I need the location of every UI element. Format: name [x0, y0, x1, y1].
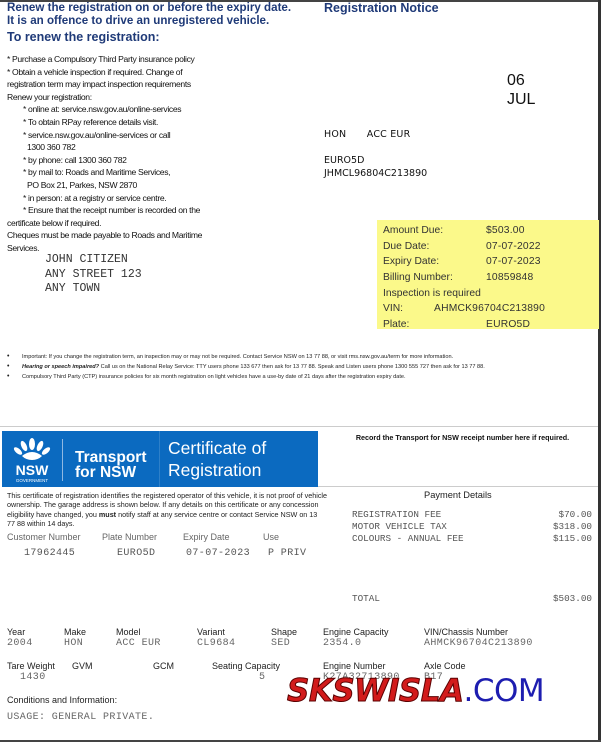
certificate-title-line1: Certificate of: [168, 437, 266, 459]
make-label: Make: [64, 627, 86, 637]
vehicle-vin: JHMCL96804C213890: [324, 168, 427, 181]
payment-summary-box: Amount Due: $503.00 Due Date: 07-07-2022…: [377, 220, 599, 329]
amount-due-row: Amount Due: $503.00: [383, 223, 599, 239]
plate-label: Plate:: [383, 317, 409, 333]
engine-capacity-label: Engine Capacity: [323, 627, 389, 637]
banner-divider: [62, 439, 63, 481]
use-value: P PRIV: [268, 548, 306, 559]
instruction-line: * Ensure that the receipt number is reco…: [7, 204, 227, 217]
customer-number-label: Customer Number: [7, 532, 81, 542]
payment-item-label: REGISTRATION FEE: [352, 509, 441, 520]
receipt-note: Record the Transport for NSW receipt num…: [330, 433, 595, 442]
mailing-address: JOHN CITIZENANY STREET 123ANY TOWN: [45, 253, 142, 297]
intro-text-bold: must: [99, 510, 116, 519]
footnote-text: Compulsory Third Party (CTP) insurance p…: [22, 374, 406, 380]
svg-text:NSW: NSW: [16, 462, 49, 478]
year-value: 2004: [7, 638, 33, 649]
certificate-title-line2: Registration: [168, 459, 266, 481]
instruction-line: * by phone: call 1300 360 782: [7, 154, 227, 167]
renew-warning-line2: It is an offence to drive an unregistere…: [7, 14, 307, 27]
instruction-line: Renew your registration:: [7, 91, 227, 104]
due-date-label: Due Date:: [383, 239, 429, 255]
tare-weight-label: Tare Weight: [7, 661, 55, 671]
watermark: SKSWISLA.COM: [287, 673, 544, 709]
instruction-line: * online at: service.nsw.gov.au/online-s…: [7, 103, 227, 116]
variant-label: Variant: [197, 627, 225, 637]
seating-capacity-label: Seating Capacity: [212, 661, 280, 671]
variant-value: CL9684: [197, 638, 235, 649]
payment-separator: [318, 486, 598, 487]
payment-row: MOTOR VEHICLE TAX $318.00: [352, 521, 592, 532]
due-date-row: Due Date: 07-07-2022: [383, 239, 599, 255]
vin-row: VIN: AHMCK96704C213890: [383, 301, 599, 317]
footnotes: Important: If you change the registratio…: [7, 352, 597, 382]
instruction-line: * in person: at a registry or service ce…: [7, 192, 227, 205]
payment-details-title: Payment Details: [424, 490, 492, 500]
plate-row: Plate: EURO5D: [383, 317, 599, 333]
date-month: JUL: [507, 91, 535, 109]
payment-item-amount: $115.00: [553, 533, 592, 544]
payment-total-label: TOTAL: [352, 593, 380, 604]
plate-number-label: Plate Number: [102, 532, 157, 542]
instruction-line: * Purchase a Compulsory Third Party insu…: [7, 53, 227, 66]
renewal-instructions: * Purchase a Compulsory Third Party insu…: [7, 53, 227, 255]
conditions-label: Conditions and Information:: [7, 695, 117, 705]
vin-label: VIN:: [383, 301, 403, 317]
billing-number-value: 10859848: [486, 270, 533, 286]
plate-number-value: EURO5D: [117, 548, 155, 559]
instruction-line: * To obtain RPay reference details visit…: [7, 116, 227, 129]
instruction-line: Cheques must be made payable to Roads an…: [7, 229, 227, 242]
amount-due-label: Amount Due:: [383, 223, 443, 239]
footnote-bold: Hearing or speech impaired?: [22, 364, 99, 370]
watermark-part2: .COM: [463, 673, 544, 709]
watermark-part1: SKSWISLA: [287, 673, 463, 709]
model-label: Model: [116, 627, 141, 637]
vehicle-make-model: HON ACC EUR: [324, 129, 410, 140]
payment-total-row: TOTAL $503.00: [352, 593, 592, 604]
footnote-item: Hearing or speech impaired? Call us on t…: [7, 362, 597, 372]
payment-item-amount: $318.00: [553, 521, 592, 532]
svg-text:GOVERNMENT: GOVERNMENT: [16, 478, 49, 483]
address-line: JOHN CITIZEN: [45, 253, 142, 268]
make-value: HON: [64, 638, 83, 649]
inspection-note: Inspection is required: [383, 286, 481, 302]
instruction-line: certificate below if required.: [7, 217, 227, 230]
instruction-line: registration term may impact inspection …: [7, 78, 227, 91]
vehicle-model: ACC EUR: [367, 129, 411, 140]
renew-heading: To renew the registration:: [7, 30, 160, 44]
payment-item-label: MOTOR VEHICLE TAX: [352, 521, 447, 532]
payment-item-amount: $70.00: [559, 509, 592, 520]
banner-separator: [159, 431, 160, 487]
notice-title: Registration Notice: [324, 1, 439, 15]
vin-value: AHMCK96704C213890: [434, 301, 545, 317]
certificate-intro: This certificate of registration identif…: [7, 491, 327, 528]
agency-line2: for NSW: [75, 465, 146, 480]
model-value: ACC EUR: [116, 638, 161, 649]
nsw-waratah-logo-icon: NSW GOVERNMENT: [8, 434, 56, 484]
vin-chassis-label: VIN/Chassis Number: [424, 627, 508, 637]
address-line: ANY TOWN: [45, 282, 142, 297]
renew-warning: Renew the registration on or before the …: [7, 1, 307, 27]
payment-total-amount: $503.00: [553, 593, 592, 604]
engine-number-label: Engine Number: [323, 661, 386, 671]
engine-capacity-value: 2354.0: [323, 638, 361, 649]
payment-row: COLOURS - ANNUAL FEE $115.00: [352, 533, 592, 544]
shape-label: Shape: [271, 627, 297, 637]
billing-number-label: Billing Number:: [383, 270, 453, 286]
expiry-date-label-cert: Expiry Date: [183, 532, 230, 542]
use-label: Use: [263, 532, 279, 542]
instruction-line: * by mail to: Roads and Maritime Service…: [7, 166, 227, 179]
vehicle-make: HON: [324, 129, 346, 140]
footnote-item: Compulsory Third Party (CTP) insurance p…: [7, 372, 597, 382]
axle-code-label: Axle Code: [424, 661, 466, 671]
vehicle-plate-vin: EURO5D JHMCL96804C213890: [324, 155, 427, 180]
conditions-value: USAGE: GENERAL PRIVATE.: [7, 712, 154, 723]
footnote-text: Important: If you change the registratio…: [22, 354, 453, 360]
shape-value: SED: [271, 638, 290, 649]
agency-line1: Transport: [75, 450, 146, 465]
instruction-line: PO Box 21, Parkes, NSW 2870: [7, 179, 227, 192]
footnote-item: Important: If you change the registratio…: [7, 352, 597, 362]
expiry-date-value-cert: 07-07-2023: [186, 548, 250, 559]
date-day: 06: [507, 72, 525, 90]
agency-name: Transport for NSW: [75, 450, 146, 480]
instruction-line: * Obtain a vehicle inspection if require…: [7, 66, 227, 79]
certificate-banner: NSW GOVERNMENT Transport for NSW Certifi…: [2, 431, 318, 487]
certificate-title: Certificate of Registration: [168, 437, 266, 481]
seating-capacity-value: 5: [259, 672, 265, 683]
tare-weight-value: 1430: [20, 672, 46, 683]
footnote-text: Call us on the National Relay Service: T…: [99, 364, 485, 370]
inspection-row: Inspection is required: [383, 286, 599, 302]
instruction-line: 1300 360 782: [7, 141, 227, 154]
amount-due-value: $503.00: [486, 223, 525, 239]
vehicle-plate: EURO5D: [324, 155, 427, 168]
billing-number-row: Billing Number: 10859848: [383, 270, 599, 286]
vin-chassis-value: AHMCK96704C213890: [424, 638, 533, 649]
payment-row: REGISTRATION FEE $70.00: [352, 509, 592, 520]
gvm-label: GVM: [72, 661, 93, 671]
address-line: ANY STREET 123: [45, 268, 142, 283]
due-date-value: 07-07-2022: [486, 239, 541, 255]
customer-number-value: 17962445: [24, 548, 75, 559]
plate-value: EURO5D: [486, 317, 530, 333]
gcm-label: GCM: [153, 661, 174, 671]
payment-item-label: COLOURS - ANNUAL FEE: [352, 533, 464, 544]
expiry-date-value: 07-07-2023: [486, 254, 541, 270]
expiry-date-row: Expiry Date: 07-07-2023: [383, 254, 599, 270]
expiry-date-label: Expiry Date:: [383, 254, 439, 270]
year-label: Year: [7, 627, 25, 637]
instruction-line: * service.nsw.gov.au/online-services or …: [7, 129, 227, 142]
renew-warning-line1: Renew the registration on or before the …: [7, 1, 307, 14]
tear-line: [0, 426, 598, 427]
